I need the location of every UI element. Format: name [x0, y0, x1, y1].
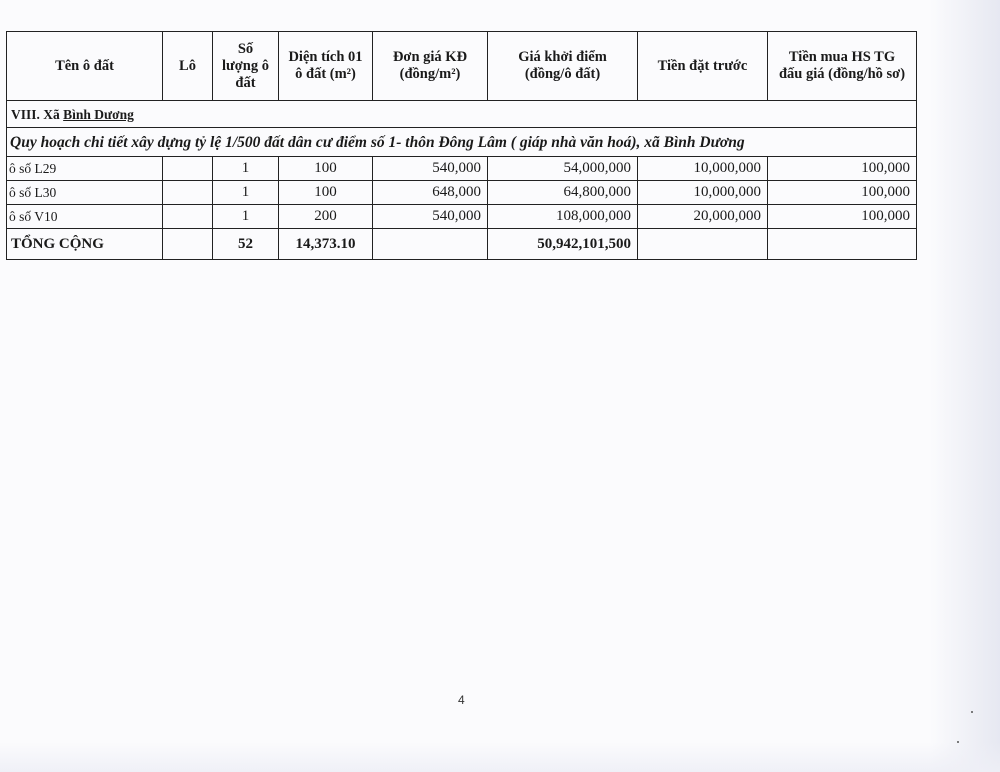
- table-row: ô số L30 1 100 648,000 64,800,000 10,000…: [7, 181, 917, 205]
- header-line: ô đất (m²): [283, 66, 368, 83]
- header-tien-dat-truoc: Tiền đặt trước: [638, 32, 768, 101]
- section-prefix: VIII. Xã: [11, 107, 63, 122]
- cell-tien-mua-hs: 100,000: [768, 205, 917, 229]
- header-don-gia: Đơn giá KĐ (đồng/m²): [373, 32, 488, 101]
- scan-bottom-shading: [0, 742, 1000, 772]
- total-dien-tich: 14,373.10: [279, 229, 373, 260]
- total-gia-khoi-diem: 50,942,101,500: [488, 229, 638, 260]
- cell-tien-mua-hs: 100,000: [768, 181, 917, 205]
- total-so-luong: 52: [213, 229, 279, 260]
- header-tien-mua-hs: Tiền mua HS TG đấu giá (đồng/hồ sơ): [768, 32, 917, 101]
- total-lo: [163, 229, 213, 260]
- cell-dien-tich: 100: [279, 181, 373, 205]
- page-number: 4: [458, 693, 465, 707]
- header-line: Diện tích 01: [283, 49, 368, 66]
- header-gia-khoi-diem: Giá khởi điểm (đồng/ô đất): [488, 32, 638, 101]
- cell-lo: [163, 157, 213, 181]
- cell-name: ô số L29: [7, 157, 163, 181]
- cell-don-gia: 540,000: [373, 205, 488, 229]
- cell-so-luong: 1: [213, 157, 279, 181]
- subsection-title: Quy hoạch chi tiết xây dựng tỷ lệ 1/500 …: [7, 128, 917, 157]
- header-line: đấu giá (đồng/hồ sơ): [772, 66, 912, 83]
- cell-gia-khoi-diem: 108,000,000: [488, 205, 638, 229]
- cell-lo: [163, 181, 213, 205]
- section-row: VIII. Xã Bình Dương: [7, 101, 917, 128]
- cell-so-luong: 1: [213, 181, 279, 205]
- header-line: Đơn giá KĐ: [377, 49, 483, 66]
- header-dien-tich: Diện tích 01 ô đất (m²): [279, 32, 373, 101]
- header-line: lượng ô: [217, 58, 274, 75]
- subsection-row: Quy hoạch chi tiết xây dựng tỷ lệ 1/500 …: [7, 128, 917, 157]
- header-line: (đồng/m²): [377, 66, 483, 83]
- total-label: TỔNG CỘNG: [7, 229, 163, 260]
- cell-tien-mua-hs: 100,000: [768, 157, 917, 181]
- header-line: Giá khởi điểm: [492, 49, 633, 66]
- scan-edge-shading: [930, 0, 1000, 772]
- cell-tien-dat-truoc: 20,000,000: [638, 205, 768, 229]
- header-lo: Lô: [163, 32, 213, 101]
- section-title: VIII. Xã Bình Dương: [7, 101, 917, 128]
- cell-lo: [163, 205, 213, 229]
- table-row: ô số L29 1 100 540,000 54,000,000 10,000…: [7, 157, 917, 181]
- cell-dien-tich: 200: [279, 205, 373, 229]
- header-line: Tiền mua HS TG: [772, 49, 912, 66]
- cell-name: ô số V10: [7, 205, 163, 229]
- scan-speck: [957, 741, 959, 743]
- cell-dien-tich: 100: [279, 157, 373, 181]
- cell-gia-khoi-diem: 54,000,000: [488, 157, 638, 181]
- header-line: đất: [217, 75, 274, 92]
- total-tien-mua-hs: [768, 229, 917, 260]
- header-ten-o-dat: Tên ô đất: [7, 32, 163, 101]
- cell-don-gia: 540,000: [373, 157, 488, 181]
- cell-so-luong: 1: [213, 205, 279, 229]
- cell-tien-dat-truoc: 10,000,000: [638, 181, 768, 205]
- section-name: Bình Dương: [63, 107, 134, 122]
- header-line: (đồng/ô đất): [492, 66, 633, 83]
- header-so-luong: Số lượng ô đất: [213, 32, 279, 101]
- cell-name: ô số L30: [7, 181, 163, 205]
- cell-gia-khoi-diem: 64,800,000: [488, 181, 638, 205]
- total-row: TỔNG CỘNG 52 14,373.10 50,942,101,500: [7, 229, 917, 260]
- total-don-gia: [373, 229, 488, 260]
- header-line: Số: [217, 41, 274, 58]
- total-tien-dat-truoc: [638, 229, 768, 260]
- cell-don-gia: 648,000: [373, 181, 488, 205]
- table-header-row: Tên ô đất Lô Số lượng ô đất Diện tích 01…: [7, 32, 917, 101]
- scan-speck: [971, 711, 973, 713]
- table-row: ô số V10 1 200 540,000 108,000,000 20,00…: [7, 205, 917, 229]
- land-auction-table: Tên ô đất Lô Số lượng ô đất Diện tích 01…: [6, 31, 917, 260]
- cell-tien-dat-truoc: 10,000,000: [638, 157, 768, 181]
